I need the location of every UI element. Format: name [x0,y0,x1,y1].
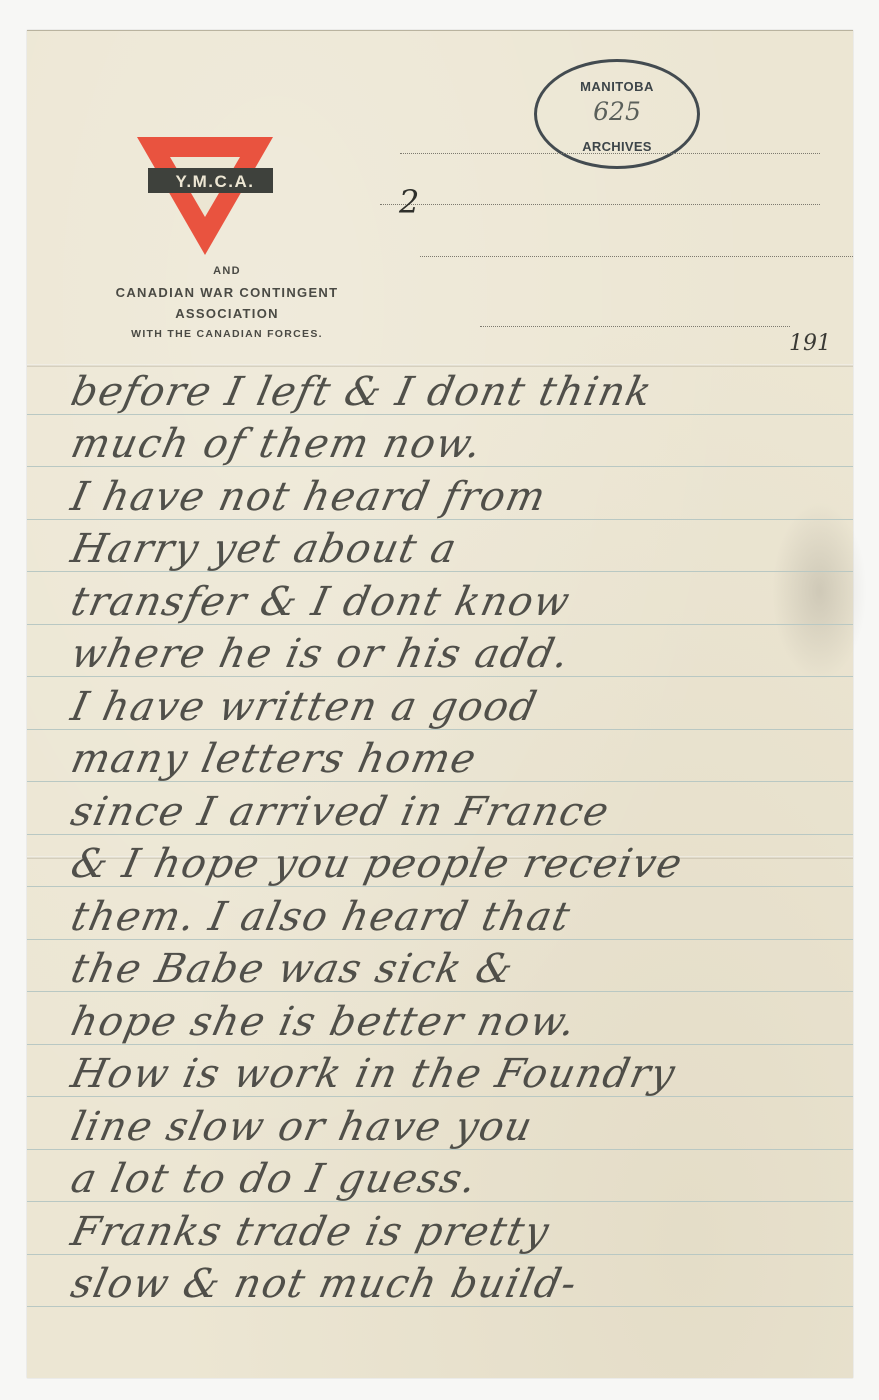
letter-line: I have not heard from [67,474,867,520]
letter-line: since I arrived in France [67,789,867,835]
letter-line: before I left & I dont think [67,369,867,415]
letter-line: hope she is better now. [67,999,867,1045]
letter-line: Franks trade is pretty [67,1209,867,1255]
stamp-bottom-text: ARCHIVES [537,139,697,154]
letter-line: How is work in the Foundry [67,1051,867,1097]
letter-line: slow & not much build- [67,1261,867,1307]
letterhead-organization: AND CANADIAN WAR CONTINGENT ASSOCIATION … [57,261,397,345]
svg-text:Y.M.C.A.: Y.M.C.A. [175,172,254,191]
letter-page: Y.M.C.A. AND CANADIAN WAR CONTINGENT ASS… [27,30,853,1378]
letter-line: line slow or have you [67,1104,867,1150]
letterhead-line-and: AND [57,261,397,282]
letter-line: transfer & I dont know [67,579,867,625]
letter-line: them. I also heard that [67,894,867,940]
ymca-triangle-logo: Y.M.C.A. [137,137,273,255]
paper-fold-top [27,364,853,367]
letter-line: a lot to do I guess. [67,1156,867,1202]
header-dotted-line-2 [380,204,820,205]
letter-line: where he is or his add. [67,631,867,677]
letter-line: many letters home [67,736,867,782]
stamp-number: 625 [537,97,697,126]
date-year-prefix: 191 [789,331,831,356]
page-number: 2 [399,183,419,221]
letterhead-line-forces: WITH THE CANADIAN FORCES. [57,324,397,345]
header-dotted-line-1 [400,153,820,154]
date-dotted-line [480,326,790,327]
letter-line: I have written a good [67,684,867,730]
letter-line: the Babe was sick & [67,946,867,992]
letterhead-line-contingent: CANADIAN WAR CONTINGENT [57,282,397,303]
letter-line: much of them now. [67,421,867,467]
letterhead-line-association: ASSOCIATION [57,303,397,324]
letter-line: & I hope you people receive [67,841,867,887]
stamp-top-text: MANITOBA [537,79,697,94]
header-dotted-line-3 [420,256,853,257]
letter-line: Harry yet about a [67,526,867,572]
